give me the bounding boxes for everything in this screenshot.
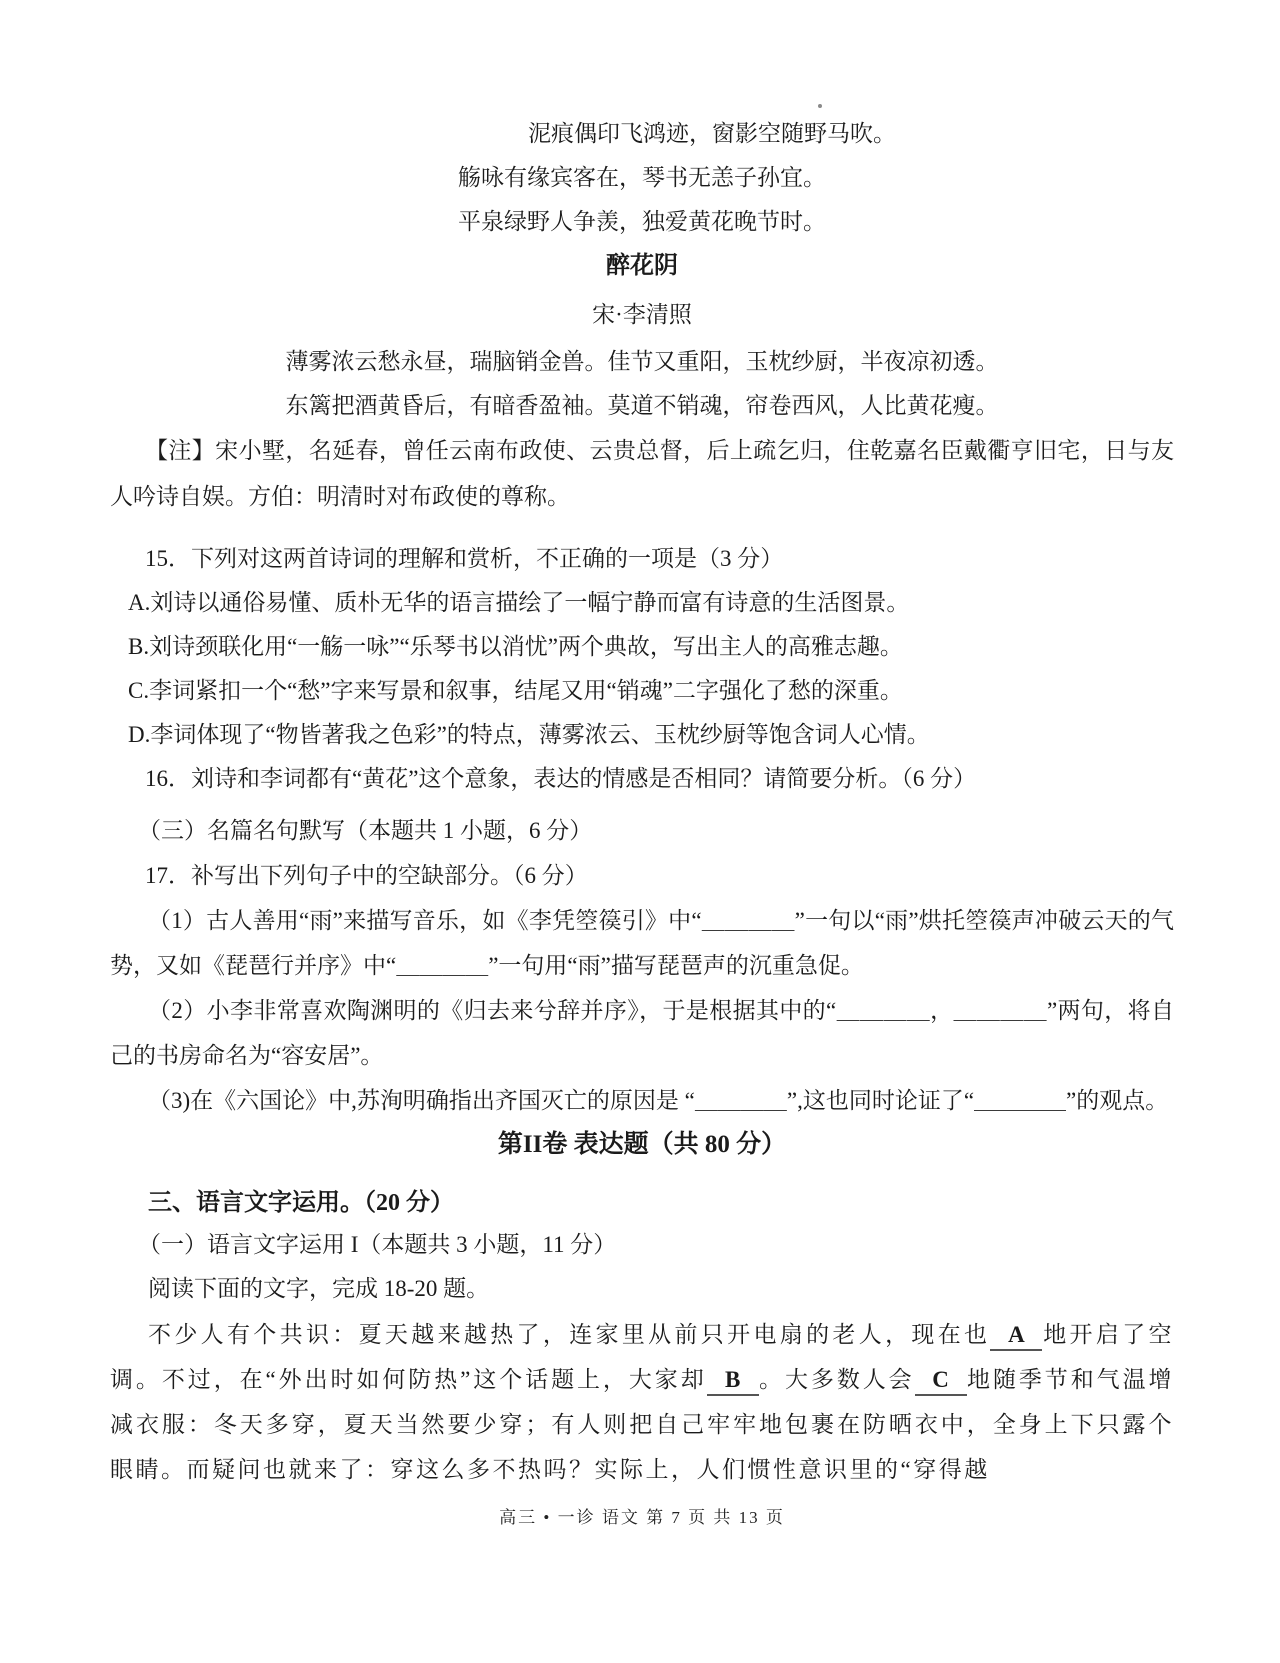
passage-blank-b: B (707, 1366, 759, 1396)
passage-blank-c: C (915, 1366, 967, 1396)
liu-poem-line: 平泉绿野人争羡，独爱黄花晚节时。 (110, 200, 1174, 244)
poem-note: 【注】宋小墅，名延春，曾任云南布政使、云贵总督，后上疏乞归，住乾嘉名臣戴衢亨旧宅… (110, 428, 1174, 520)
question-17-stem: 17．补写出下列句子中的空缺部分。（6 分） (110, 853, 1174, 898)
passage-segment-1: 不少人有个共识：夏天越来越热了，连家里从前只开电扇的老人，现在也 (148, 1322, 990, 1347)
poem-author: 宋·李清照 (110, 290, 1174, 340)
question-15-option-d: D.李词体现了“物皆著我之色彩”的特点，薄雾浓云、玉枕纱厨等饱含词人心情。 (110, 713, 1174, 757)
question-15-option-a: A.刘诗以通俗易懂、质朴无华的语言描绘了一幅宁静而富有诗意的生活图景。 (110, 581, 1174, 625)
li-poem-line: 薄雾浓云愁永昼，瑞脑销金兽。佳节又重阳，玉枕纱厨，半夜凉初透。 (110, 340, 1174, 384)
poem-title: 醉花阴 (110, 244, 1174, 288)
question-17-item-3: （3)在《六国论》中,苏洵明确指出齐国灭亡的原因是 “＿＿＿＿”,这也同时论证了… (110, 1078, 1174, 1123)
liu-poem-line: 觞咏有缘宾客在，琴书无恙子孙宜。 (110, 156, 1174, 200)
question-16-stem: 16．刘诗和李词都有“黄花”这个意象，表达的情感是否相同？请简要分析。（6 分） (110, 757, 1174, 801)
reading-passage: 不少人有个共识：夏天越来越热了，连家里从前只开电扇的老人，现在也A地开启了空调。… (110, 1312, 1174, 1492)
liu-poem: 泥痕偶印飞鸿迹，窗影空随野马吹。 觞咏有缘宾客在，琴书无恙子孙宜。 平泉绿野人争… (110, 112, 1174, 244)
question-17-items: （1）古人善用“雨”来描写音乐，如《李凭箜篌引》中“＿＿＿＿”一句以“雨”烘托箜… (110, 898, 1174, 1123)
question-15-options: A.刘诗以通俗易懂、质朴无华的语言描绘了一幅宁静而富有诗意的生活图景。 B.刘诗… (110, 581, 1174, 757)
question-17-item-2: （2）小李非常喜欢陶渊明的《归去来兮辞并序》，于是根据其中的“＿＿＿＿，＿＿＿＿… (110, 988, 1174, 1078)
question-17-item-1: （1）古人善用“雨”来描写音乐，如《李凭箜篌引》中“＿＿＿＿”一句以“雨”烘托箜… (110, 898, 1174, 988)
part-2-heading: 第II卷 表达题（共 80 分） (110, 1123, 1174, 1167)
question-15-stem: 15．下列对这两首诗词的理解和赏析，不正确的一项是（3 分） (110, 536, 1174, 581)
exam-page: 泥痕偶印飞鸿迹，窗影空随野马吹。 觞咏有缘宾客在，琴书无恙子孙宜。 平泉绿野人争… (0, 0, 1280, 1663)
passage-blank-a: A (990, 1321, 1042, 1351)
question-15-option-c: C.李词紧扣一个“愁”字来写景和叙事，结尾又用“销魂”二字强化了愁的深重。 (110, 669, 1174, 713)
question-15-option-b: B.刘诗颈联化用“一觞一咏”“乐琴书以消忧”两个典故，写出主人的高雅志趣。 (110, 625, 1174, 669)
li-poem-line: 东篱把酒黄昏后，有暗香盈袖。莫道不销魂，帘卷西风，人比黄花瘦。 (110, 384, 1174, 428)
lang-use-sub-heading: （一）语言文字运用 I（本题共 3 小题，11 分） (110, 1225, 1174, 1265)
stray-ink-dot (818, 104, 822, 108)
lang-use-section-heading: 三、语言文字运用。（20 分） (110, 1181, 1174, 1225)
li-poem: 醉花阴 宋·李清照 薄雾浓云愁永昼，瑞脑销金兽。佳节又重阳，玉枕纱厨，半夜凉初透… (110, 244, 1174, 520)
section-3-heading: （三）名篇名句默写（本题共 1 小题，6 分） (110, 808, 1174, 853)
liu-poem-line: 泥痕偶印飞鸿迹，窗影空随野马吹。 (180, 112, 1244, 156)
reading-instruction: 阅读下面的文字，完成 18-20 题。 (110, 1265, 1174, 1312)
page-footer: 高三 • 一诊 语文 第 7 页 共 13 页 (110, 1506, 1174, 1530)
passage-segment-3: 。大多数人会 (759, 1367, 915, 1392)
